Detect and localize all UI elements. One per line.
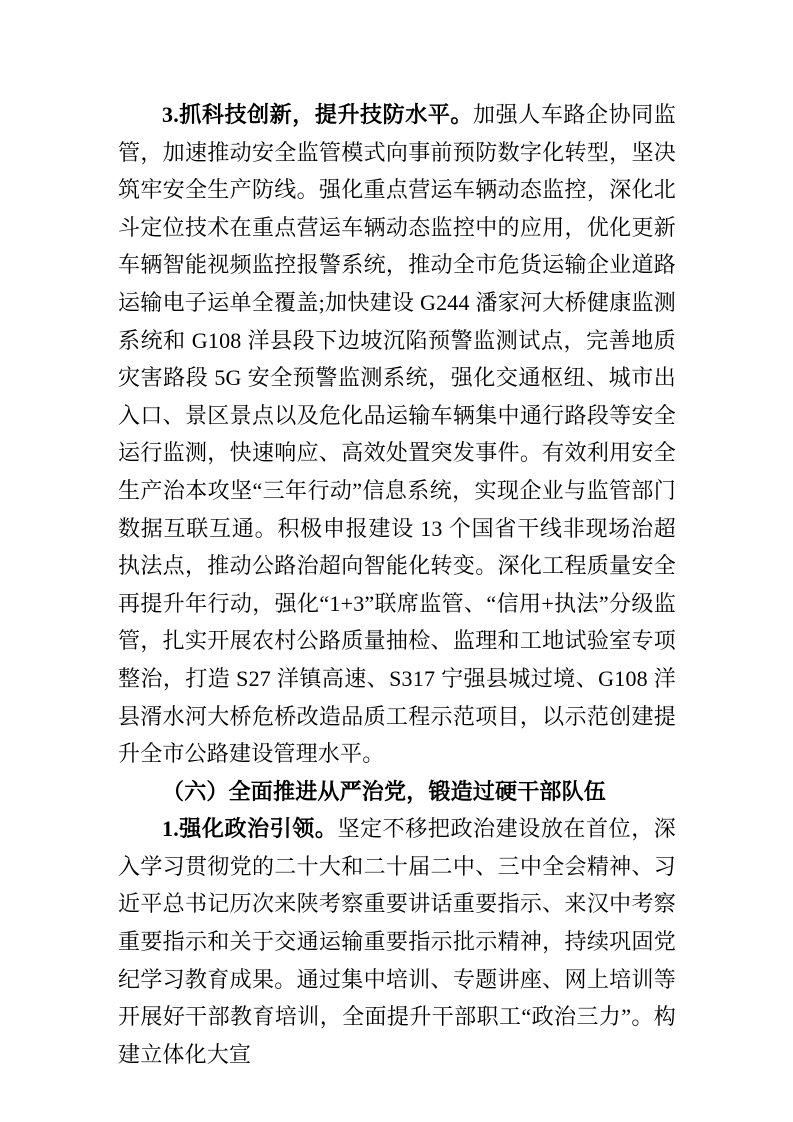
- section-heading-six: （六）全面推进从严治党，锻造过硬干部队伍: [118, 773, 676, 811]
- paragraph-tech-innovation: 3.抓科技创新，提升技防水平。加强人车路企协同监管，加速推动安全监管模式向事前预…: [118, 96, 676, 773]
- paragraph-tech-innovation-body: 加强人车路企协同监管，加速推动安全监管模式向事前预防数字化转型，坚决筑牢安全生产…: [118, 102, 676, 766]
- document-page: 3.抓科技创新，提升技防水平。加强人车路企协同监管，加速推动安全监管模式向事前预…: [0, 0, 793, 1122]
- paragraph-political-leadership-body: 坚定不移把政治建设放在首位，深入学习贯彻党的二十大和二十届二中、三中全会精神、习…: [118, 816, 676, 1067]
- paragraph-tech-innovation-lead: 3.抓科技创新，提升技防水平。: [162, 102, 473, 127]
- paragraph-political-leadership-lead: 1.强化政治引领。: [162, 816, 337, 841]
- paragraph-political-leadership: 1.强化政治引领。坚定不移把政治建设放在首位，深入学习贯彻党的二十大和二十届二中…: [118, 810, 676, 1073]
